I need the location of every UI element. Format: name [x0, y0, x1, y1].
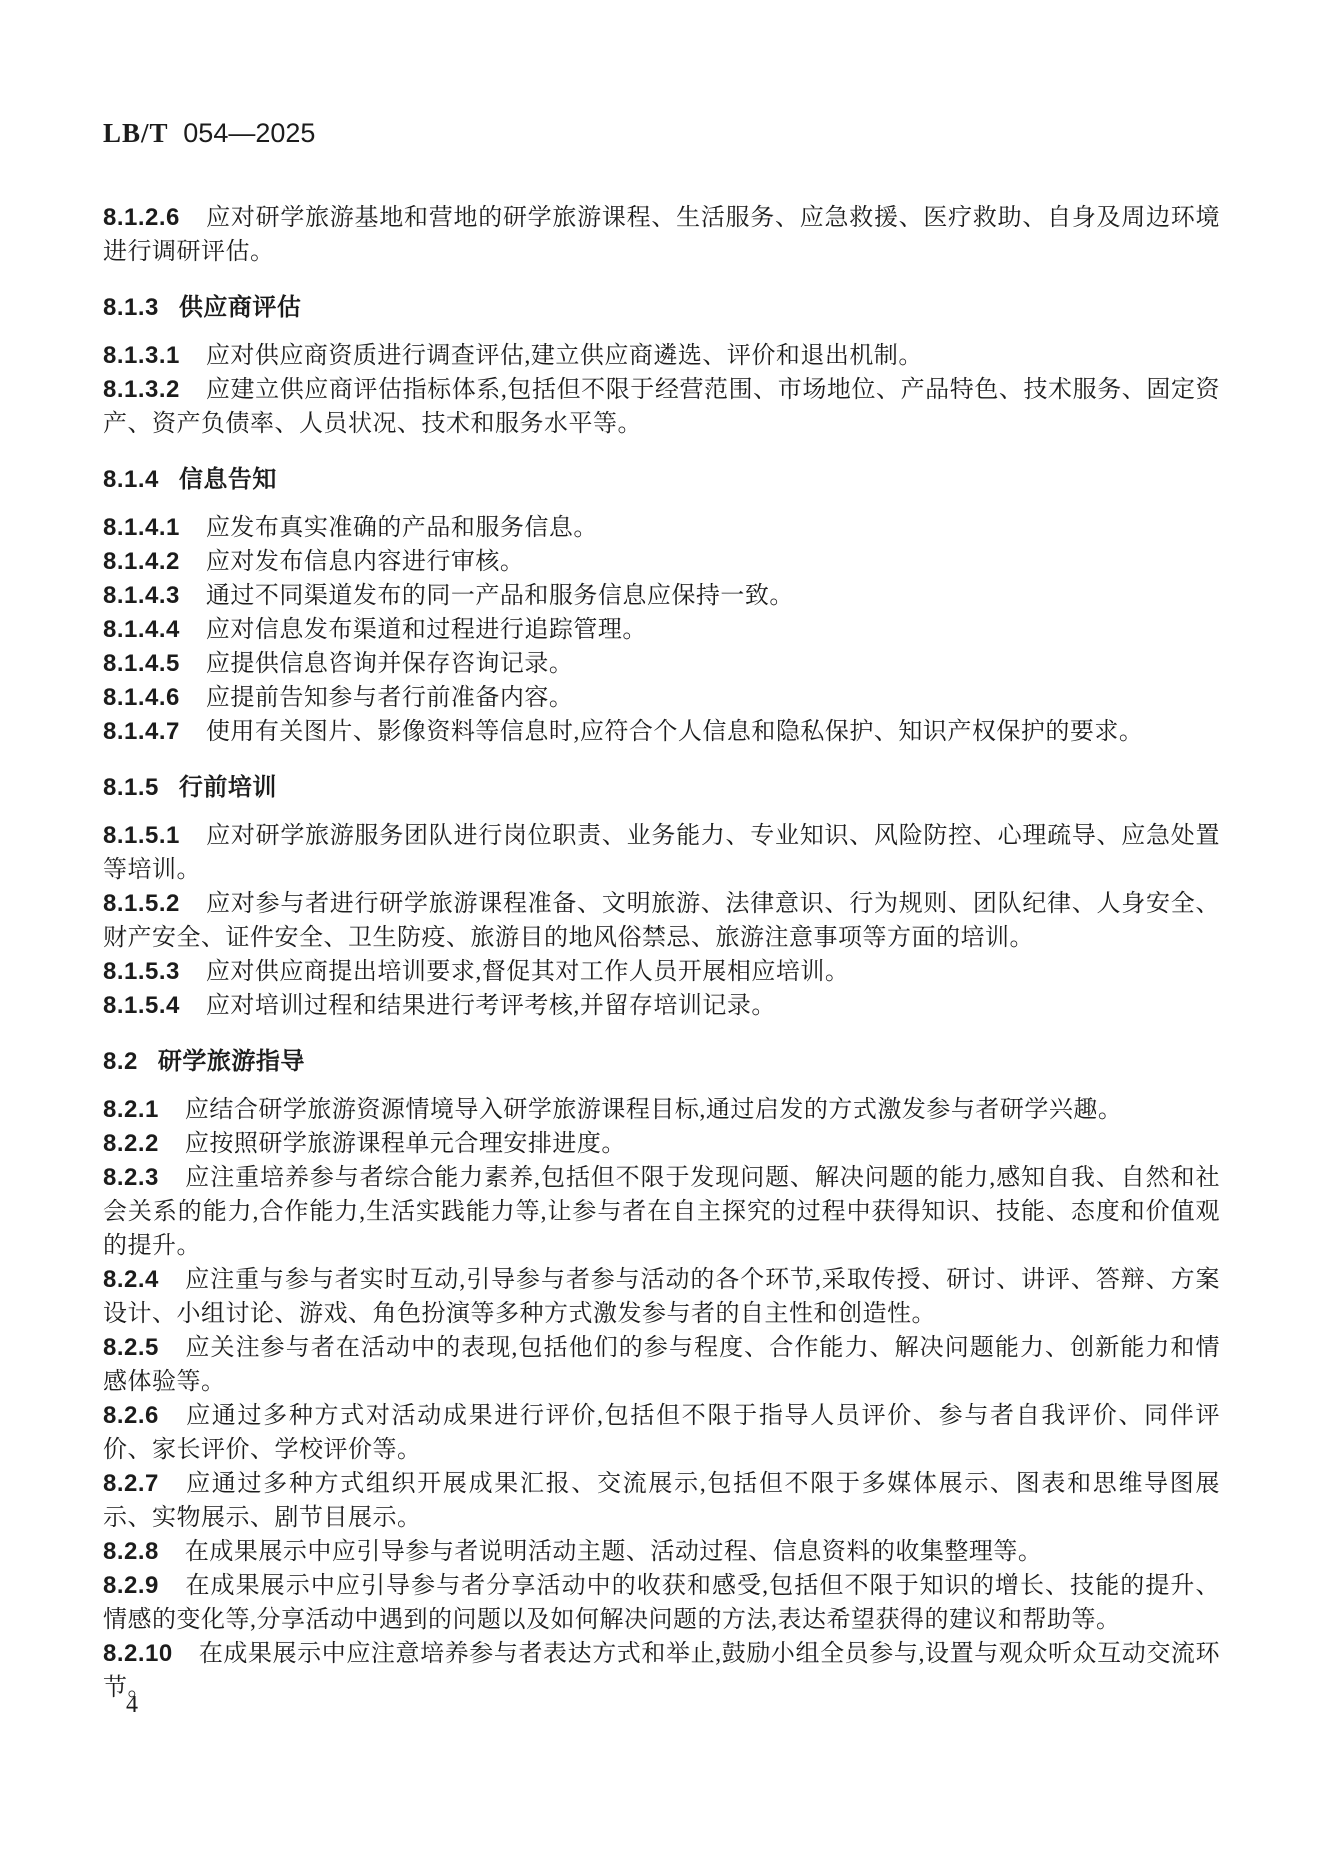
- clause-text: 应注重与参与者实时互动,引导参与者参与活动的各个环节,采取传授、研讨、讲评、答辩…: [103, 1267, 1220, 1327]
- clause-number: 8.2.10: [103, 1640, 173, 1667]
- clause-paragraph: 8.1.4.6应提前告知参与者行前准备内容。: [103, 681, 1220, 715]
- clause-number: 8.2.4: [103, 1266, 159, 1293]
- clause-paragraph: 8.2.10在成果展示中应注意培养参与者表达方式和举止,鼓励小组全员参与,设置与…: [103, 1637, 1220, 1705]
- clause-paragraph: 8.1.5.4应对培训过程和结果进行考评考核,并留存培训记录。: [103, 989, 1220, 1023]
- clause-number: 8.2.7: [103, 1470, 159, 1497]
- document-body: 8.1.2.6应对研学旅游基地和营地的研学旅游课程、生活服务、应急救援、医疗救助…: [103, 201, 1220, 1705]
- clause-paragraph: 8.1.5.3应对供应商提出培训要求,督促其对工作人员开展相应培训。: [103, 955, 1220, 989]
- clause-number: 8.1.4.2: [103, 548, 180, 575]
- clause-text: 在成果展示中应引导参与者说明活动主题、活动过程、信息资料的收集整理等。: [185, 1539, 1043, 1565]
- clause-text: 应注重培养参与者综合能力素养,包括但不限于发现问题、解决问题的能力,感知自我、自…: [103, 1165, 1220, 1259]
- clause-text: 应通过多种方式对活动成果进行评价,包括但不限于指导人员评价、参与者自我评价、同伴…: [103, 1403, 1220, 1463]
- section-heading: 8.1.3供应商评估: [103, 291, 1220, 325]
- clause-paragraph: 8.2.7应通过多种方式组织开展成果汇报、交流展示,包括但不限于多媒体展示、图表…: [103, 1467, 1220, 1535]
- clause-text: 应发布真实准确的产品和服务信息。: [206, 515, 598, 541]
- clause-paragraph: 8.1.3.2应建立供应商评估指标体系,包括但不限于经营范围、市场地位、产品特色…: [103, 373, 1220, 441]
- clause-text: 应按照研学旅游课程单元合理安排进度。: [185, 1131, 626, 1157]
- clause-number: 8.1.3: [103, 294, 159, 321]
- clause-paragraph: 8.1.4.7使用有关图片、影像资料等信息时,应符合个人信息和隐私保护、知识产权…: [103, 715, 1220, 749]
- clause-number: 8.2.1: [103, 1096, 159, 1123]
- document-page: LB/T 054—2025 8.1.2.6应对研学旅游基地和营地的研学旅游课程、…: [0, 0, 1323, 1871]
- clause-paragraph: 8.1.4.5应提供信息咨询并保存咨询记录。: [103, 647, 1220, 681]
- clause-number: 8.1.3.2: [103, 376, 180, 403]
- clause-text: 通过不同渠道发布的同一产品和服务信息应保持一致。: [206, 583, 794, 609]
- clause-number: 8.2.9: [103, 1572, 159, 1599]
- clause-number: 8.1.5.1: [103, 822, 180, 849]
- clause-number: 8.1.4.4: [103, 616, 180, 643]
- clause-paragraph: 8.2.8在成果展示中应引导参与者说明活动主题、活动过程、信息资料的收集整理等。: [103, 1535, 1220, 1569]
- clause-text: 应对研学旅游基地和营地的研学旅游课程、生活服务、应急救援、医疗救助、自身及周边环…: [103, 205, 1220, 265]
- clause-text: 应提前告知参与者行前准备内容。: [206, 685, 574, 711]
- heading-text: 行前培训: [179, 774, 277, 801]
- clause-paragraph: 8.1.3.1应对供应商资质进行调查评估,建立供应商遴选、评价和退出机制。: [103, 339, 1220, 373]
- clause-text: 应对研学旅游服务团队进行岗位职责、业务能力、专业知识、风险防控、心理疏导、应急处…: [103, 823, 1220, 883]
- clause-number: 8.1.4.6: [103, 684, 180, 711]
- clause-number: 8.1.4.3: [103, 582, 180, 609]
- clause-text: 应建立供应商评估指标体系,包括但不限于经营范围、市场地位、产品特色、技术服务、固…: [103, 377, 1220, 437]
- clause-number: 8.1.4.5: [103, 650, 180, 677]
- clause-paragraph: 8.1.4.1应发布真实准确的产品和服务信息。: [103, 511, 1220, 545]
- clause-paragraph: 8.1.5.2应对参与者进行研学旅游课程准备、文明旅游、法律意识、行为规则、团队…: [103, 887, 1220, 955]
- heading-text: 研学旅游指导: [158, 1048, 305, 1075]
- clause-number: 8.1.5.4: [103, 992, 180, 1019]
- clause-text: 应对参与者进行研学旅游课程准备、文明旅游、法律意识、行为规则、团队纪律、人身安全…: [103, 891, 1220, 951]
- clause-paragraph: 8.2.3应注重培养参与者综合能力素养,包括但不限于发现问题、解决问题的能力,感…: [103, 1161, 1220, 1263]
- clause-text: 应提供信息咨询并保存咨询记录。: [206, 651, 574, 677]
- clause-number: 8.1.2.6: [103, 204, 180, 231]
- clause-number: 8.2.6: [103, 1402, 159, 1429]
- clause-text: 使用有关图片、影像资料等信息时,应符合个人信息和隐私保护、知识产权保护的要求。: [206, 719, 1144, 745]
- section-heading: 8.1.4信息告知: [103, 463, 1220, 497]
- clause-number: 8.1.3.1: [103, 342, 180, 369]
- section-heading: 8.1.5行前培训: [103, 771, 1220, 805]
- clause-paragraph: 8.2.5应关注参与者在活动中的表现,包括他们的参与程度、合作能力、解决问题能力…: [103, 1331, 1220, 1399]
- clause-paragraph: 8.2.9在成果展示中应引导参与者分享活动中的收获和感受,包括但不限于知识的增长…: [103, 1569, 1220, 1637]
- clause-paragraph: 8.1.4.2应对发布信息内容进行审核。: [103, 545, 1220, 579]
- clause-text: 应关注参与者在活动中的表现,包括他们的参与程度、合作能力、解决问题能力、创新能力…: [103, 1335, 1220, 1395]
- clause-paragraph: 8.2.4应注重与参与者实时互动,引导参与者参与活动的各个环节,采取传授、研讨、…: [103, 1263, 1220, 1331]
- heading-text: 供应商评估: [179, 294, 302, 321]
- heading-text: 信息告知: [179, 466, 277, 493]
- clause-text: 在成果展示中应注意培养参与者表达方式和举止,鼓励小组全员参与,设置与观众听众互动…: [103, 1641, 1220, 1701]
- clause-number: 8.2.5: [103, 1334, 159, 1361]
- clause-paragraph: 8.2.6应通过多种方式对活动成果进行评价,包括但不限于指导人员评价、参与者自我…: [103, 1399, 1220, 1467]
- clause-paragraph: 8.1.4.4应对信息发布渠道和过程进行追踪管理。: [103, 613, 1220, 647]
- clause-number: 8.1.5: [103, 774, 159, 801]
- clause-number: 8.1.4: [103, 466, 159, 493]
- clause-number: 8.1.5.3: [103, 958, 180, 985]
- clause-text: 应对信息发布渠道和过程进行追踪管理。: [206, 617, 647, 643]
- standard-code-number: 054—2025: [183, 118, 315, 148]
- clause-text: 应对供应商资质进行调查评估,建立供应商遴选、评价和退出机制。: [206, 343, 923, 369]
- clause-text: 应对供应商提出培训要求,督促其对工作人员开展相应培训。: [206, 959, 850, 985]
- clause-paragraph: 8.2.1应结合研学旅游资源情境导入研学旅游课程目标,通过启发的方式激发参与者研…: [103, 1093, 1220, 1127]
- clause-text: 在成果展示中应引导参与者分享活动中的收获和感受,包括但不限于知识的增长、技能的提…: [103, 1573, 1220, 1633]
- clause-text: 应对发布信息内容进行审核。: [206, 549, 525, 575]
- clause-number: 8.2.8: [103, 1538, 159, 1565]
- clause-number: 8.2: [103, 1048, 138, 1075]
- clause-number: 8.1.4.7: [103, 718, 180, 745]
- clause-text: 应结合研学旅游资源情境导入研学旅游课程目标,通过启发的方式激发参与者研学兴趣。: [185, 1097, 1123, 1123]
- page-number: 4: [126, 1692, 138, 1719]
- clause-paragraph: 8.2.2应按照研学旅游课程单元合理安排进度。: [103, 1127, 1220, 1161]
- standard-code-prefix: LB/T: [103, 118, 169, 148]
- clause-text: 应对培训过程和结果进行考评考核,并留存培训记录。: [206, 993, 776, 1019]
- standard-code: LB/T 054—2025: [103, 118, 1220, 149]
- clause-number: 8.1.5.2: [103, 890, 180, 917]
- clause-number: 8.2.2: [103, 1130, 159, 1157]
- section-heading: 8.2研学旅游指导: [103, 1045, 1220, 1079]
- clause-paragraph: 8.1.5.1应对研学旅游服务团队进行岗位职责、业务能力、专业知识、风险防控、心…: [103, 819, 1220, 887]
- clause-number: 8.2.3: [103, 1164, 159, 1191]
- clause-paragraph: 8.1.2.6应对研学旅游基地和营地的研学旅游课程、生活服务、应急救援、医疗救助…: [103, 201, 1220, 269]
- clause-paragraph: 8.1.4.3通过不同渠道发布的同一产品和服务信息应保持一致。: [103, 579, 1220, 613]
- clause-text: 应通过多种方式组织开展成果汇报、交流展示,包括但不限于多媒体展示、图表和思维导图…: [103, 1471, 1220, 1531]
- clause-number: 8.1.4.1: [103, 514, 180, 541]
